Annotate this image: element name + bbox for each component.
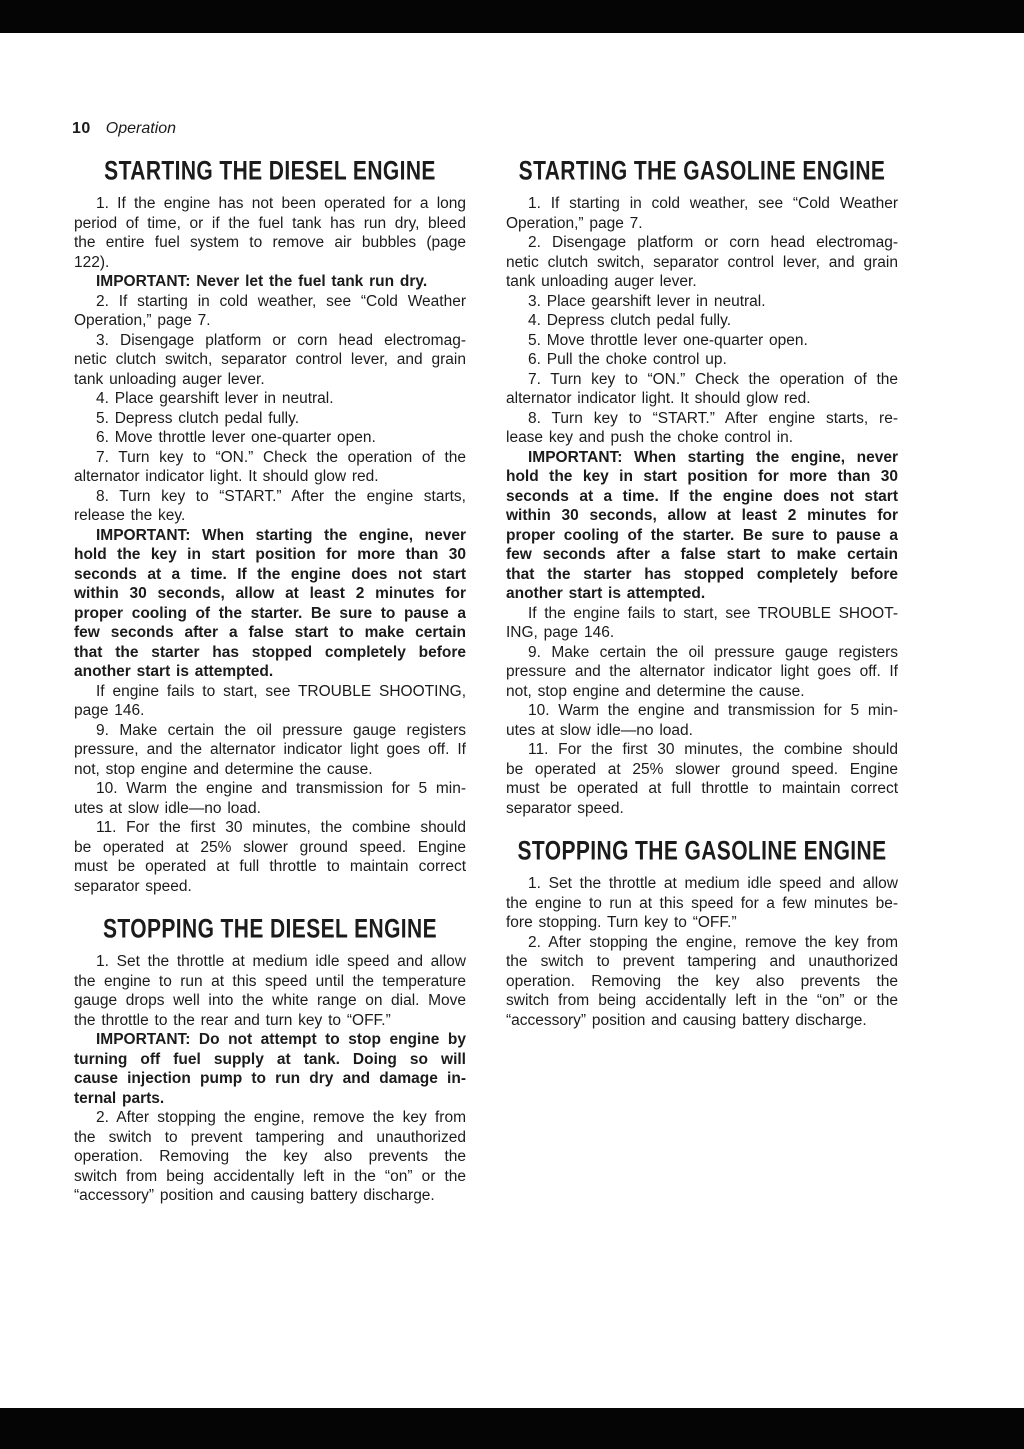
section-title: Operation: [106, 120, 176, 137]
text-line: another start is attempted.: [74, 662, 466, 682]
text-line: hold the key in start position for more …: [506, 467, 898, 487]
text-line: 1. If the engine has not been operated f…: [74, 194, 466, 214]
text-line: seconds at a time. If the engine does no…: [506, 487, 898, 507]
text-line: 2. After stopping the engine, remove the…: [506, 933, 898, 953]
text-line: tank unloading auger lever.: [74, 370, 466, 390]
text-line: 1. Set the throttle at medium idle speed…: [74, 952, 466, 972]
text-line: If the engine fails to start, see TROUBL…: [506, 604, 898, 624]
text-line: 9. Make certain the oil pressure gauge r…: [74, 721, 466, 741]
text-line: ternal parts.: [74, 1089, 466, 1109]
text-line: cause injection pump to run dry and dama…: [74, 1069, 466, 1089]
scan-edge-bottom: [0, 1408, 1024, 1449]
manual-page: 10Operation STARTING THE DIESEL ENGINE1.…: [0, 0, 1024, 1449]
page-number: 10: [72, 120, 91, 137]
text-line: “accessory” position and causing battery…: [506, 1011, 898, 1031]
text-line: Operation,” page 7.: [506, 214, 898, 234]
page-header: 10Operation: [72, 120, 176, 138]
text-line: not, stop engine and determine the cause…: [506, 682, 898, 702]
text-line: that the starter has stopped completely …: [74, 643, 466, 663]
text-line: lease key and push the choke control in.: [506, 428, 898, 448]
text-line: netic clutch switch, separator control l…: [506, 253, 898, 273]
important-paragraph: IMPORTANT: When starting the engine, nev…: [506, 448, 898, 604]
text-line: within 30 seconds, allow at least 2 minu…: [74, 584, 466, 604]
section-heading: STARTING THE DIESEL ENGINE: [74, 154, 466, 188]
body-paragraph: 9. Make certain the oil pressure gauge r…: [506, 643, 898, 702]
text-line: IMPORTANT: Never let the fuel tank run d…: [74, 272, 466, 292]
body-paragraph: 11. For the first 30 minutes, the combin…: [506, 740, 898, 818]
text-line: IMPORTANT: Do not attempt to stop engine…: [74, 1030, 466, 1050]
text-line: the switch to prevent tampering and unau…: [506, 952, 898, 972]
text-line: 10. Warm the engine and transmission for…: [506, 701, 898, 721]
body-paragraph: 4. Place gearshift lever in neutral.: [74, 389, 466, 409]
text-line: 10. Warm the engine and transmission for…: [74, 779, 466, 799]
important-paragraph: IMPORTANT: Never let the fuel tank run d…: [74, 272, 466, 292]
text-line: 4. Depress clutch pedal fully.: [506, 311, 898, 331]
text-line: 5. Depress clutch pedal fully.: [74, 409, 466, 429]
body-paragraph: 2. Disengage platform or corn head elect…: [506, 233, 898, 292]
body-paragraph: 5. Depress clutch pedal fully.: [74, 409, 466, 429]
text-line: 1. Set the throttle at medium idle speed…: [506, 874, 898, 894]
body-paragraph: 3. Place gearshift lever in neutral.: [506, 292, 898, 312]
body-paragraph: 2. After stopping the engine, remove the…: [506, 933, 898, 1031]
text-line: fore stopping. Turn key to “OFF.”: [506, 913, 898, 933]
text-line: switch from being accidentally left in t…: [74, 1167, 466, 1187]
body-paragraph: 2. If starting in cold weather, see “Col…: [74, 292, 466, 331]
text-line: the engine to run at this speed for a fe…: [506, 894, 898, 914]
text-line: 8. Turn key to “START.” After the engine…: [74, 487, 466, 507]
section-heading: STOPPING THE DIESEL ENGINE: [74, 912, 466, 946]
text-line: proper cooling of the starter. Be sure t…: [506, 526, 898, 546]
text-line: 6. Pull the choke control up.: [506, 350, 898, 370]
text-line: turning off fuel supply at tank. Doing s…: [74, 1050, 466, 1070]
text-line: 11. For the first 30 minutes, the combin…: [506, 740, 898, 760]
text-line: 2. After stopping the engine, remove the…: [74, 1108, 466, 1128]
text-line: 11. For the first 30 minutes, the combin…: [74, 818, 466, 838]
text-line: 1. If starting in cold weather, see “Col…: [506, 194, 898, 214]
text-line: Operation,” page 7.: [74, 311, 466, 331]
section-heading: STOPPING THE GASOLINE ENGINE: [506, 834, 898, 868]
body-paragraph: 7. Turn key to “ON.” Check the operation…: [506, 370, 898, 409]
body-paragraph: If engine fails to start, see TROUBLE SH…: [74, 682, 466, 721]
left-column: STARTING THE DIESEL ENGINE1. If the engi…: [74, 158, 466, 1206]
text-line: utes at slow idle—no load.: [74, 799, 466, 819]
text-line: “accessory” position and causing battery…: [74, 1186, 466, 1206]
body-paragraph: If the engine fails to start, see TROUBL…: [506, 604, 898, 643]
text-line: be operated at 25% slower ground speed. …: [506, 760, 898, 780]
text-line: separator speed.: [74, 877, 466, 897]
text-line: netic clutch switch, separator control l…: [74, 350, 466, 370]
text-line: 6. Move throttle lever one-quarter open.: [74, 428, 466, 448]
text-line: 3. Place gearshift lever in neutral.: [506, 292, 898, 312]
body-paragraph: 10. Warm the engine and transmission for…: [74, 779, 466, 818]
body-paragraph: 11. For the first 30 minutes, the combin…: [74, 818, 466, 896]
text-line: utes at slow idle—no load.: [506, 721, 898, 741]
text-line: proper cooling of the starter. Be sure t…: [74, 604, 466, 624]
important-paragraph: IMPORTANT: Do not attempt to stop engine…: [74, 1030, 466, 1108]
text-line: operation. Removing the key also prevent…: [74, 1147, 466, 1167]
text-line: IMPORTANT: When starting the engine, nev…: [74, 526, 466, 546]
text-line: 8. Turn key to “START.” After engine sta…: [506, 409, 898, 429]
text-line: gauge drops well into the white range on…: [74, 991, 466, 1011]
text-line: alternator indicator light. It should gl…: [74, 467, 466, 487]
text-line: 7. Turn key to “ON.” Check the operation…: [74, 448, 466, 468]
body-paragraph: 6. Pull the choke control up.: [506, 350, 898, 370]
body-paragraph: 1. If the engine has not been operated f…: [74, 194, 466, 272]
text-line: page 146.: [74, 701, 466, 721]
text-line: separator speed.: [506, 799, 898, 819]
body-paragraph: 7. Turn key to “ON.” Check the operation…: [74, 448, 466, 487]
text-line: 3. Disengage platform or corn head elect…: [74, 331, 466, 351]
text-line: 5. Move throttle lever one-quarter open.: [506, 331, 898, 351]
text-line: 2. Disengage platform or corn head elect…: [506, 233, 898, 253]
text-line: 2. If starting in cold weather, see “Col…: [74, 292, 466, 312]
body-paragraph: 4. Depress clutch pedal fully.: [506, 311, 898, 331]
body-paragraph: 3. Disengage platform or corn head elect…: [74, 331, 466, 390]
text-line: pressure, and the alternator indicator l…: [74, 740, 466, 760]
text-line: IMPORTANT: When starting the engine, nev…: [506, 448, 898, 468]
text-line: that the starter has stopped completely …: [506, 565, 898, 585]
text-line: 4. Place gearshift lever in neutral.: [74, 389, 466, 409]
text-line: be operated at 25% slower ground speed. …: [74, 838, 466, 858]
text-line: few seconds after a false start to make …: [74, 623, 466, 643]
body-paragraph: 10. Warm the engine and transmission for…: [506, 701, 898, 740]
body-paragraph: 5. Move throttle lever one-quarter open.: [506, 331, 898, 351]
text-line: must be operated at full throttle to mai…: [506, 779, 898, 799]
text-line: period of time, or if the fuel tank has …: [74, 214, 466, 234]
text-line: operation. Removing the key also prevent…: [506, 972, 898, 992]
right-column: STARTING THE GASOLINE ENGINE1. If starti…: [506, 158, 898, 1030]
body-paragraph: 2. After stopping the engine, remove the…: [74, 1108, 466, 1206]
text-line: the entire fuel system to remove air bub…: [74, 233, 466, 253]
text-line: 7. Turn key to “ON.” Check the operation…: [506, 370, 898, 390]
text-line: If engine fails to start, see TROUBLE SH…: [74, 682, 466, 702]
body-paragraph: 8. Turn key to “START.” After engine sta…: [506, 409, 898, 448]
text-line: seconds at a time. If the engine does no…: [74, 565, 466, 585]
body-paragraph: 1. Set the throttle at medium idle speed…: [74, 952, 466, 1030]
text-line: alternator indicator light. It should gl…: [506, 389, 898, 409]
body-paragraph: 1. Set the throttle at medium idle speed…: [506, 874, 898, 933]
text-line: another start is attempted.: [506, 584, 898, 604]
section-heading: STARTING THE GASOLINE ENGINE: [506, 154, 898, 188]
text-line: the throttle to the rear and turn key to…: [74, 1011, 466, 1031]
text-line: tank unloading auger lever.: [506, 272, 898, 292]
text-line: switch from being accidentally left in t…: [506, 991, 898, 1011]
text-line: few seconds after a false start to make …: [506, 545, 898, 565]
text-line: the switch to prevent tampering and unau…: [74, 1128, 466, 1148]
scan-edge-top: [0, 0, 1024, 33]
text-line: 122).: [74, 253, 466, 273]
text-line: ING, page 146.: [506, 623, 898, 643]
body-paragraph: 9. Make certain the oil pressure gauge r…: [74, 721, 466, 780]
text-line: within 30 seconds, allow at least 2 minu…: [506, 506, 898, 526]
text-line: not, stop engine and determine the cause…: [74, 760, 466, 780]
important-paragraph: IMPORTANT: When starting the engine, nev…: [74, 526, 466, 682]
text-line: hold the key in start position for more …: [74, 545, 466, 565]
text-line: pressure and the alternator indicator li…: [506, 662, 898, 682]
text-line: 9. Make certain the oil pressure gauge r…: [506, 643, 898, 663]
body-paragraph: 6. Move throttle lever one-quarter open.: [74, 428, 466, 448]
text-line: release the key.: [74, 506, 466, 526]
body-paragraph: 1. If starting in cold weather, see “Col…: [506, 194, 898, 233]
text-line: must be operated at full throttle to mai…: [74, 857, 466, 877]
body-paragraph: 8. Turn key to “START.” After the engine…: [74, 487, 466, 526]
text-line: the engine to run at this speed until th…: [74, 972, 466, 992]
